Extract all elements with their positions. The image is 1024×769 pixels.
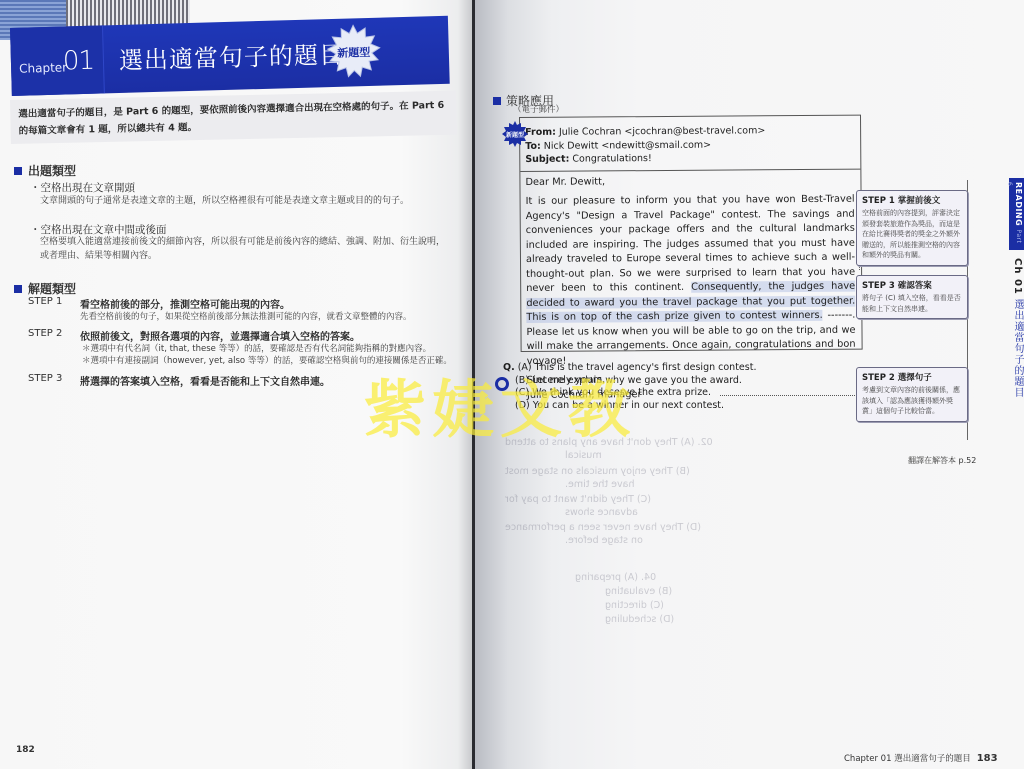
- step-box-title: STEP 1 掌握前後文: [862, 194, 962, 206]
- chapter-label: Chapter: [19, 60, 67, 75]
- thumb-chapter-number: Ch 01: [1012, 258, 1023, 295]
- subject-label: Subject:: [525, 154, 569, 165]
- email-tag: （電子郵件）: [513, 103, 564, 115]
- option-text: (A) This is the travel agency's first de…: [518, 362, 757, 373]
- from-value: Julie Cochran <jcochran@best-travel.com>: [559, 125, 765, 137]
- bleed-through-text: (B) They enjoy musicals on stage most: [505, 465, 690, 478]
- footer-chapter: Chapter 01 選出適當句子的題目: [844, 754, 971, 764]
- step-box-text: 空格前面的內容提到，評審決定頒發套裝旅遊作為獎品，而這是在給比賽得獎者的獎金之外…: [862, 208, 962, 261]
- section-solving-types: 解題類型: [14, 280, 76, 297]
- page-number-left: 182: [16, 745, 35, 755]
- question-option: (D) You can be a winner in our next cont…: [503, 400, 756, 413]
- section-heading: 出題類型: [28, 162, 76, 179]
- question-option: (B) Let me explain why we gave you the a…: [503, 375, 756, 388]
- new-type-label: 新題型: [327, 44, 381, 62]
- body-text: It is our pleasure to inform you that yo…: [526, 194, 856, 294]
- answer-marker-icon: [495, 377, 509, 391]
- step-box-title: STEP 2 選擇句子: [862, 371, 962, 383]
- section-question-types: 出題類型: [14, 162, 76, 179]
- thumb-chapter: Ch 01 選出適當句子的題目: [1010, 258, 1024, 398]
- email-greeting: Dear Mr. Dewitt,: [525, 173, 854, 190]
- translation-reference: 翻譯在解答本 p.52: [908, 455, 976, 466]
- subject-value: Congratulations!: [572, 153, 651, 165]
- square-bullet-icon: [14, 167, 22, 175]
- solving-step-2: STEP 2 依照前後文，對照各選項的內容，並選擇適合填入空格的答案。: [28, 328, 360, 343]
- chapter-title: 選出適當句子的題目: [118, 35, 344, 76]
- bleed-through-text: have the time.: [565, 478, 634, 491]
- section-heading: 解題類型: [28, 280, 76, 297]
- page-footer-right: Chapter 01 選出適當句子的題目183: [844, 752, 998, 764]
- step-label: STEP 2: [28, 328, 80, 343]
- bleed-through-text: (D) scheduling: [605, 613, 674, 626]
- bleed-through-text: 04. (A) preparing: [575, 571, 656, 584]
- dotted-leader-line: [720, 395, 857, 396]
- step-label: STEP 1: [28, 296, 80, 311]
- step-box-2: STEP 2 選擇句子 考慮到文章內容的前後關係，應該填入「認為應該獲得額外獎賞…: [856, 367, 968, 422]
- step-box-text: 將句子 (C) 填入空格，看看是否能和上下文自然串連。: [862, 293, 962, 314]
- email-header: From: Julie Cochran <jcochran@best-trave…: [520, 116, 860, 172]
- question-label: Q.: [503, 362, 515, 373]
- bleed-through-text: advance shows: [565, 506, 638, 519]
- from-label: From:: [525, 127, 556, 138]
- step-note: ＊選項中有連接副詞（however, yet, also 等等）的話，要確認空格…: [82, 355, 452, 368]
- chapter-number: 01: [63, 46, 95, 77]
- email-passage: From: Julie Cochran <jcochran@best-trave…: [519, 115, 863, 352]
- page-number-right: 183: [977, 753, 998, 764]
- intro-box: 選出適當句子的題目，是 Part 6 的題型，要依照前後內容選擇適合出現在空格處…: [10, 91, 457, 144]
- left-page: Chapter 01 選出適當句子的題目 新題型 選出適當句子的題目，是 Par…: [0, 0, 472, 769]
- bleed-through-text: (D) They have never seen a performance: [505, 521, 701, 534]
- chapter-number-block: Chapter 01: [10, 25, 105, 96]
- intro-text: 選出適當句子的題目，是 Part 6 的題型，要依照前後內容選擇適合出現在空格處…: [18, 97, 451, 140]
- bleed-through-text: (B) evaluating: [605, 585, 672, 598]
- chapter-banner: Chapter 01 選出適當句子的題目 新題型: [10, 16, 450, 96]
- thumb-tab: READING Part 6: [1009, 178, 1024, 250]
- step-box-3: STEP 3 確認答案 將句子 (C) 填入空格，看看是否能和上下文自然串連。: [856, 275, 968, 319]
- bleed-through-text: (C) They didn't want to pay for: [505, 493, 651, 506]
- question-type-detail: 空格要填入能適當連接前後文的細節內容，所以很有可能是前後內容的總結、強調、附加、…: [40, 235, 450, 263]
- question-option: (C) We think you deserve the extra prize…: [503, 387, 756, 400]
- square-bullet-icon: [14, 285, 22, 293]
- question-type-detail: 文章開頭的句子通常是表達文章的主題，所以空格裡很有可能是表達文章主題或目的的句子…: [40, 194, 460, 208]
- to-value: Nick Dewitt <ndewitt@smail.com>: [544, 139, 711, 151]
- question-option: Q. (A) This is the travel agency's first…: [503, 362, 756, 375]
- step-box-title: STEP 3 確認答案: [862, 279, 962, 291]
- bleed-through-text: 02. (A) They don't have any plans to att…: [505, 436, 713, 449]
- step-label: STEP 3: [28, 373, 80, 388]
- section-label: READING: [1014, 182, 1023, 226]
- new-type-label: 新題型: [502, 130, 528, 139]
- step-main-text: 看空格前後的部分，推測空格可能出現的內容。: [80, 296, 290, 311]
- bleed-through-text: on stage before.: [565, 534, 643, 547]
- solving-step-3: STEP 3 將選擇的答案填入空格，看看是否能和上下文自然串連。: [28, 373, 330, 388]
- thumb-chapter-title: 選出適當句子的題目: [1012, 299, 1023, 398]
- step-main-text: 依照前後文，對照各選項的內容，並選擇適合填入空格的答案。: [80, 328, 360, 343]
- thumb-tab-label: READING Part 6: [1010, 182, 1023, 250]
- step-box-text: 考慮到文章內容的前後關係，應該填入「認為應該獲得額外獎賞」這個句子比較恰當。: [862, 385, 962, 417]
- square-bullet-icon: [493, 97, 501, 105]
- solving-step-1: STEP 1 看空格前後的部分，推測空格可能出現的內容。: [28, 296, 290, 311]
- new-type-badge: 新題型: [326, 24, 381, 79]
- question-type-title: ・空格出現在文章開頭: [30, 180, 135, 195]
- step-box-1: STEP 1 掌握前後文 空格前面的內容提到，評審決定頒發套裝旅遊作為獎品，而這…: [856, 190, 968, 266]
- bleed-through-text: (C) directing: [605, 599, 664, 612]
- new-type-badge-small: 新題型: [502, 121, 528, 147]
- step-main-text: 將選擇的答案填入空格，看看是否能和上下文自然串連。: [80, 373, 330, 388]
- email-subject: Subject: Congratulations!: [525, 151, 860, 167]
- email-paragraph: It is our pleasure to inform you that yo…: [526, 193, 856, 369]
- bleed-through-text: musical: [565, 449, 602, 462]
- question-block: Q. (A) This is the travel agency's first…: [503, 362, 756, 412]
- step-note: 先看空格前後的句子，如果從空格前後部分無法推測可能的內容，就看文章整體的內容。: [80, 311, 412, 324]
